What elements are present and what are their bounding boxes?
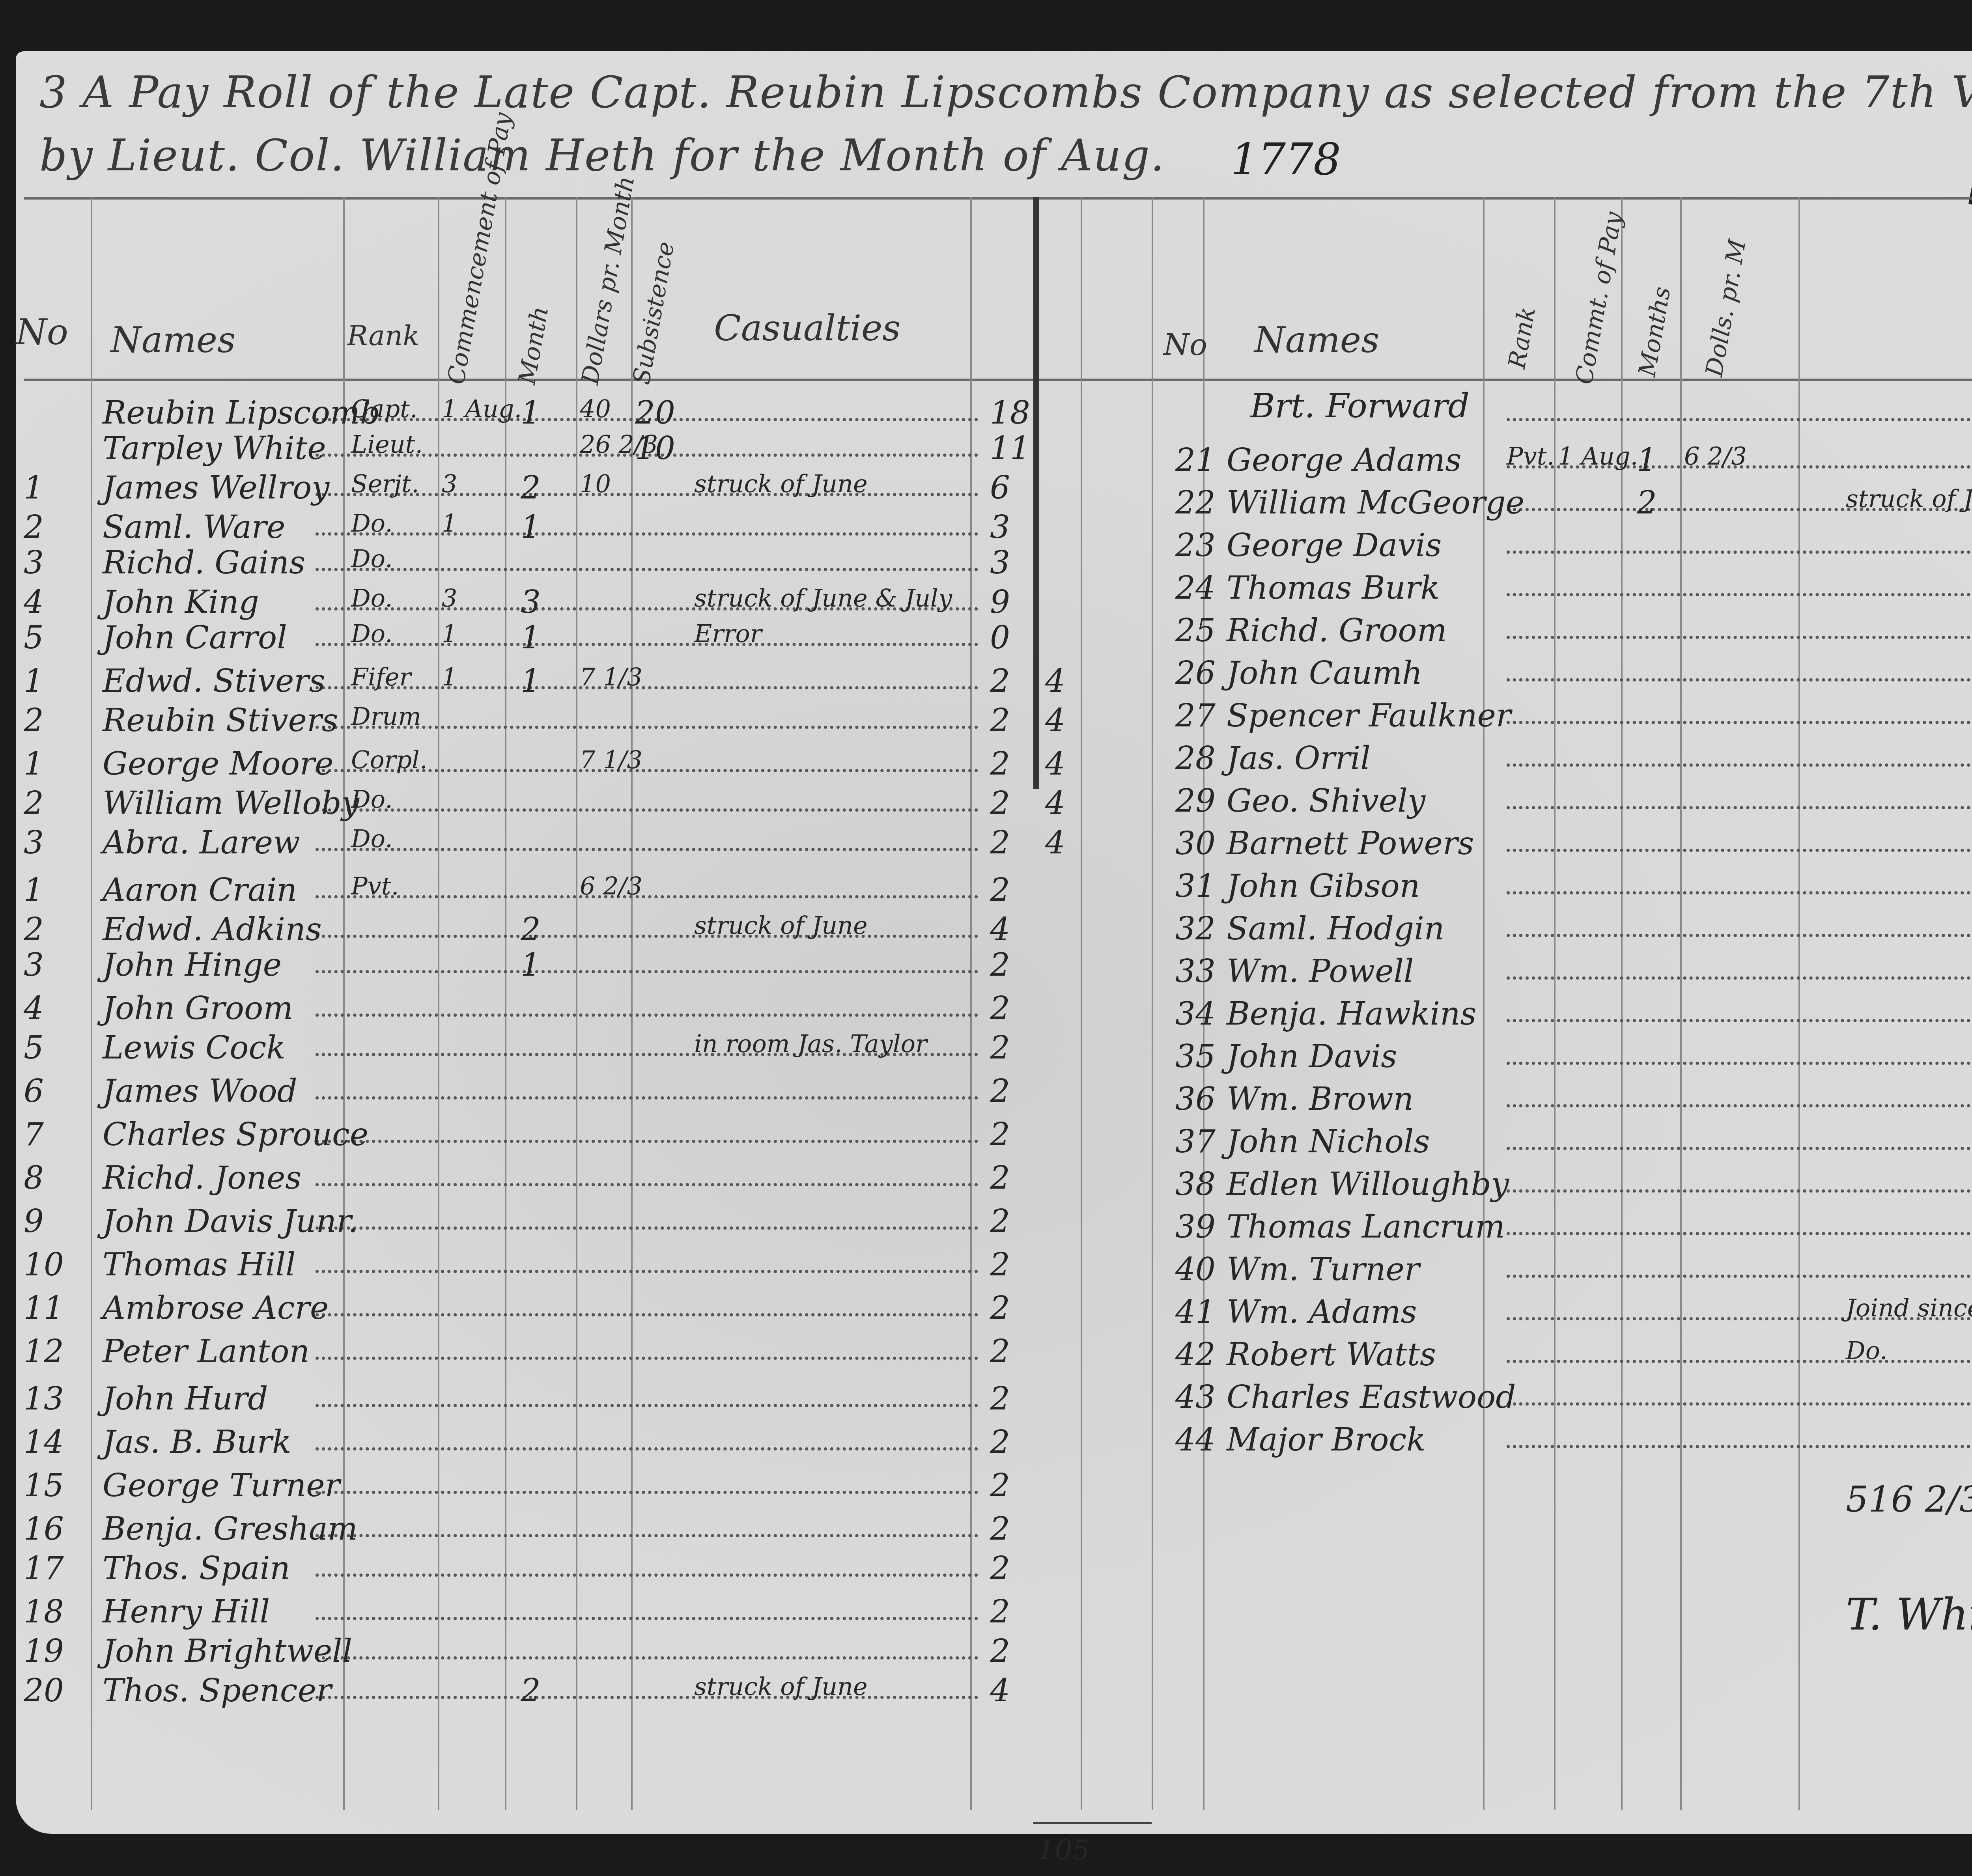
row-number: 25	[1175, 612, 1216, 649]
table-row: 12Peter Lanton2	[16, 1333, 1152, 1372]
table-row: 2Edwd. Adkins2struck of June4	[16, 911, 1152, 950]
leader-dots	[1507, 1019, 1972, 1022]
table-row: Tarpley WhiteLieut.26 2/31011	[16, 430, 1152, 469]
leader-dots	[1507, 891, 1972, 894]
row-amount: 2	[990, 702, 1010, 739]
row-name: Saml. Ware	[103, 509, 285, 545]
row-number: 17	[24, 1550, 64, 1587]
row-number: 33	[1175, 953, 1216, 989]
row-amount: 2	[990, 1633, 1010, 1669]
leader-dots	[316, 643, 978, 646]
sheet-marker: 3	[39, 67, 68, 118]
row-extra: 4	[1045, 745, 1065, 782]
leader-dots	[316, 1096, 978, 1099]
table-row: 35John Davis2	[1152, 1038, 1972, 1077]
table-row: 1James WellroySerjt.3210struck of June6	[16, 469, 1152, 509]
leader-dots	[1507, 849, 1972, 852]
leader-dots	[316, 1574, 978, 1577]
leader-dots	[1507, 1275, 1972, 1278]
row-name: John Nichols	[1227, 1123, 1430, 1160]
row-amount: 2	[990, 824, 1010, 861]
row-rank: Serjt.	[351, 469, 419, 498]
leader-dots	[1507, 1445, 1972, 1448]
grand-total-dollars: 516 2/3 Dollars	[1846, 1479, 1972, 1518]
row-name: George Turner	[103, 1467, 340, 1504]
row-months: 3	[521, 584, 541, 620]
table-row: 17Thos. Spain2	[16, 1550, 1152, 1589]
leader-dots	[316, 1617, 978, 1620]
table-row: 29Geo. Shively2	[1152, 782, 1972, 822]
leader-dots	[1507, 1232, 1972, 1235]
row-number: 2	[24, 702, 44, 739]
row-name: Thomas Burk	[1227, 569, 1440, 606]
table-row: 4John Groom2	[16, 990, 1152, 1029]
row-name: Reubin Lipscomb	[103, 394, 380, 431]
row-name: Spencer Faulkner	[1227, 697, 1511, 734]
row-remarks: struck of June	[1846, 484, 1972, 513]
row-number: 1	[24, 663, 44, 699]
leader-dots	[1507, 593, 1972, 596]
row-name: Henry Hill	[103, 1593, 270, 1630]
brought-forward-label: Brt. Forward	[1250, 386, 1470, 426]
row-number: 34	[1175, 995, 1216, 1032]
table-row: 3John Hinge12	[16, 946, 1152, 986]
leader-dots	[316, 1491, 978, 1494]
row-rank: Do.	[351, 509, 393, 538]
top-rule	[24, 197, 1972, 200]
row-number: 8	[24, 1159, 44, 1196]
row-name: Barnett Powers	[1227, 825, 1474, 862]
leader-dots	[1507, 763, 1972, 767]
leader-dots	[1507, 636, 1972, 639]
row-name: Benja. Hawkins	[1227, 995, 1477, 1032]
row-name: John Brightwell	[103, 1633, 352, 1669]
row-name: John Gibson	[1227, 868, 1420, 904]
leader-dots	[316, 970, 978, 973]
leader-dots	[1507, 551, 1972, 554]
table-row: 33Wm. Powell2	[1152, 953, 1972, 992]
row-number: 5	[24, 1029, 44, 1066]
row-number: 13	[24, 1380, 64, 1417]
row-months: 2	[1637, 484, 1657, 521]
table-row: 41Wm. AdamsJoind since must.2	[1152, 1294, 1972, 1333]
row-name: Edwd. Stivers	[103, 663, 325, 699]
table-row: 1George MooreCorpl.7 1/324	[16, 745, 1152, 785]
table-row: 5Lewis Cockin room Jas. Taylor2	[16, 1029, 1152, 1069]
row-name: Lewis Cock	[103, 1029, 286, 1066]
table-row: 36Wm. Brown2	[1152, 1081, 1972, 1120]
row-number: 37	[1175, 1123, 1216, 1160]
table-row: 43Charles Eastwood2	[1152, 1379, 1972, 1418]
row-months: 1	[521, 663, 541, 699]
row-name: Ambrose Acre	[103, 1290, 329, 1326]
table-row: 16Benja. Gresham2	[16, 1510, 1152, 1550]
row-months: 1	[1637, 442, 1657, 478]
row-name: Thomas Lancrum	[1227, 1208, 1505, 1245]
leader-dots	[316, 895, 978, 898]
table-row: 10Thomas Hill2	[16, 1246, 1152, 1286]
document-title-line-1: 3 A Pay Roll of the Late Capt. Reubin Li…	[39, 67, 1972, 118]
row-amount: 2	[990, 1246, 1010, 1283]
header-months: Month	[513, 304, 554, 386]
row-extra: 4	[1045, 663, 1065, 699]
row-months: 1	[521, 619, 541, 656]
row-casualties: Error	[694, 619, 762, 648]
table-row: 7Charles Sprouce2	[16, 1116, 1152, 1155]
row-rank: Drum	[351, 702, 421, 731]
row-dollars: 7 1/3	[580, 663, 642, 691]
table-row: 42Robert WattsDo.2	[1152, 1336, 1972, 1376]
row-number: 19	[24, 1633, 64, 1669]
leader-dots	[1507, 934, 1972, 937]
pay-roll-page: 3 A Pay Roll of the Late Capt. Reubin Li…	[16, 51, 1972, 1834]
row-number: 18	[24, 1593, 64, 1630]
table-row: 44Major Brock2	[1152, 1421, 1972, 1461]
row-name: William McGeorge	[1227, 484, 1524, 521]
row-number: 29	[1175, 782, 1216, 819]
table-row: 3Richd. GainsDo.3	[16, 544, 1152, 584]
leader-dots	[316, 1313, 978, 1316]
row-amount: 9	[990, 584, 1010, 620]
row-name: George Moore	[103, 745, 333, 782]
row-casualties: in room Jas. Taylor	[694, 1029, 927, 1058]
row-amount: 18	[990, 394, 1030, 431]
table-row: 4John KingDo.33struck of June & July9	[16, 584, 1152, 623]
row-amount: 2	[990, 1510, 1010, 1547]
row-months: 2	[521, 469, 541, 506]
row-amount: 2	[990, 1467, 1010, 1504]
table-row: 20Thos. Spencer2struck of June4	[16, 1672, 1152, 1712]
row-months: 1	[521, 946, 541, 983]
leader-dots	[1507, 806, 1972, 809]
leader-dots	[316, 1696, 978, 1699]
document-title-line-2: by Lieut. Col. William Heth for the Mont…	[39, 130, 1165, 181]
row-remarks: Do.	[1846, 1336, 1888, 1365]
row-amount: 0	[990, 619, 1010, 656]
row-number: 38	[1175, 1166, 1216, 1202]
table-row: 1Aaron CrainPvt.6 2/32	[16, 872, 1152, 911]
row-number: 3	[24, 946, 44, 983]
row-name: Thos. Spencer	[103, 1672, 331, 1709]
row-number: 2	[24, 509, 44, 545]
leader-dots	[1507, 1147, 1972, 1150]
table-row: 13John Hurd2	[16, 1380, 1152, 1420]
table-row: 8Richd. Jones2	[16, 1159, 1152, 1199]
row-amount: 2	[990, 1029, 1010, 1066]
row-commenced: 1 Aug.	[1558, 442, 1638, 470]
row-extra: 4	[1045, 824, 1065, 861]
row-number: 1	[24, 872, 44, 908]
row-casualties: struck of June	[694, 469, 868, 498]
row-name: Thos. Spain	[103, 1550, 290, 1587]
leader-dots	[1507, 1104, 1972, 1107]
row-number: 44	[1175, 1421, 1216, 1458]
row-name: John Groom	[103, 990, 293, 1027]
header-dollars-per-month: Dollars pr. Month	[576, 174, 640, 386]
row-rank: Do.	[351, 824, 393, 853]
row-commenced: 1	[442, 509, 457, 538]
row-amount: 2	[990, 1159, 1010, 1196]
row-casualties: struck of June	[694, 1672, 868, 1701]
row-name: Wm. Turner	[1227, 1251, 1419, 1288]
row-number: 15	[24, 1467, 64, 1504]
row-rank: Do.	[351, 619, 393, 648]
row-name: Wm. Powell	[1227, 953, 1414, 989]
row-number: 43	[1175, 1379, 1216, 1415]
row-commenced: 3	[442, 584, 457, 612]
row-rank: Capt.	[351, 394, 418, 423]
row-name: Wm. Brown	[1227, 1081, 1414, 1117]
row-name: Charles Sprouce	[103, 1116, 368, 1153]
leader-dots	[316, 1447, 978, 1450]
table-row: 2Saml. WareDo.113	[16, 509, 1152, 548]
table-row: 37John Nichols2	[1152, 1123, 1972, 1163]
row-amount: 3	[990, 509, 1010, 545]
table-row: 5John CarrolDo.11Error0	[16, 619, 1152, 659]
row-name: George Adams	[1227, 442, 1461, 478]
table-row: 27Spencer Faulkner2	[1152, 697, 1972, 737]
leader-dots	[316, 1183, 978, 1186]
table-row: 15George Turner2	[16, 1467, 1152, 1506]
header-rule	[24, 379, 1972, 381]
row-number: 10	[24, 1246, 64, 1283]
header-dollars-right: Dolls. pr. M	[1700, 237, 1752, 379]
row-number: 7	[24, 1116, 44, 1153]
table-row: 18Henry Hill2	[16, 1593, 1152, 1633]
row-number: 39	[1175, 1208, 1216, 1245]
leader-dots	[1507, 1189, 1972, 1193]
row-dollars: 40	[580, 394, 611, 423]
row-amount: 4	[990, 1672, 1010, 1709]
row-dollars: 6 2/3	[1684, 442, 1747, 470]
leader-dots	[1507, 976, 1972, 980]
table-row: 14Jas. B. Burk2	[16, 1424, 1152, 1463]
row-name: Abra. Larew	[103, 824, 300, 861]
row-name: John Caumh	[1227, 655, 1423, 691]
row-number: 24	[1175, 569, 1216, 606]
leader-dots	[1507, 418, 1972, 421]
folio-number: 310	[1968, 110, 1972, 231]
row-extra: 4	[1045, 785, 1065, 821]
row-amount: 2	[990, 1203, 1010, 1239]
table-row: 21George AdamsPvt.1 Aug.16 2/32	[1152, 442, 1972, 481]
row-amount: 3	[990, 544, 1010, 581]
table-row: 28Jas. Orril2	[1152, 740, 1972, 779]
row-name: Charles Eastwood	[1227, 1379, 1516, 1415]
leader-dots	[316, 1140, 978, 1143]
row-number: 32	[1175, 910, 1216, 947]
row-number: 23	[1175, 527, 1216, 564]
row-name: Robert Watts	[1227, 1336, 1436, 1373]
row-number: 20	[24, 1672, 64, 1709]
table-row: 9John Davis Junr.2	[16, 1203, 1152, 1242]
table-row: 24Thomas Burk2	[1152, 569, 1972, 609]
row-number: 1	[24, 745, 44, 782]
row-number: 22	[1175, 484, 1216, 521]
table-row: 38Edlen Willoughby2	[1152, 1166, 1972, 1205]
table-row: 32Saml. Hodgin2	[1152, 910, 1972, 950]
row-number: 42	[1175, 1336, 1216, 1373]
row-name: Benja. Gresham	[103, 1510, 358, 1547]
row-name: John Davis	[1227, 1038, 1397, 1075]
row-number: 4	[24, 584, 44, 620]
row-number: 16	[24, 1510, 64, 1547]
row-rank: Pvt.	[1507, 442, 1554, 470]
row-name: Jas. Orril	[1227, 740, 1371, 777]
row-name: John King	[103, 584, 259, 620]
table-row: 26John Caumh2	[1152, 655, 1972, 694]
row-rank: Corpl.	[351, 745, 428, 774]
leader-dots	[316, 1656, 978, 1659]
row-commenced: 1	[442, 619, 457, 648]
row-name: John Hinge	[103, 946, 282, 983]
row-remarks: Joind since must.	[1846, 1294, 1972, 1322]
leader-dots	[316, 532, 978, 536]
table-row: 6James Wood2	[16, 1073, 1152, 1112]
row-number: 14	[24, 1424, 64, 1460]
leader-dots	[316, 1270, 978, 1273]
row-months: 2	[521, 1672, 541, 1709]
row-months: 2	[521, 911, 541, 948]
leader-dots	[1507, 1402, 1972, 1406]
row-name: Richd. Groom	[1227, 612, 1447, 649]
row-casualties: struck of June & July	[694, 584, 952, 612]
row-name: George Davis	[1227, 527, 1442, 564]
row-rank: Fifer	[351, 663, 411, 691]
leader-dots	[1507, 678, 1972, 681]
table-row: 3Abra. LarewDo.24	[16, 824, 1152, 864]
row-name: James Wood	[103, 1073, 297, 1109]
row-name: Geo. Shively	[1227, 782, 1425, 819]
row-amount: 2	[990, 663, 1010, 699]
table-row: 40Wm. Turner2	[1152, 1251, 1972, 1290]
row-number: 6	[24, 1073, 44, 1109]
row-amount: 2	[990, 1593, 1010, 1630]
row-amount: 2	[990, 872, 1010, 908]
row-dollars: 7 1/3	[580, 745, 642, 774]
row-dollars: 6 2/3	[580, 872, 642, 900]
row-number: 26	[1175, 655, 1216, 691]
row-amount: 2	[990, 785, 1010, 821]
row-name: James Wellroy	[103, 469, 329, 506]
leader-dots	[316, 1226, 978, 1230]
row-number: 35	[1175, 1038, 1216, 1075]
row-number: 36	[1175, 1081, 1216, 1117]
row-casualties: struck of June	[694, 911, 868, 940]
row-number: 9	[24, 1203, 44, 1239]
row-number: 30	[1175, 825, 1216, 862]
leader-dots	[1507, 1062, 1972, 1065]
leader-dots	[1507, 1360, 1972, 1363]
header-commencement-right: Commt. of Pay	[1570, 210, 1628, 386]
table-row: 1Edwd. StiversFifer117 1/324	[16, 663, 1152, 702]
row-name: Aaron Crain	[103, 872, 297, 908]
row-number: 40	[1175, 1251, 1216, 1288]
left-total-rule	[1033, 1822, 1152, 1824]
header-casualties: Casualties	[714, 308, 901, 349]
table-row: 11Ambrose Acre2	[16, 1290, 1152, 1329]
row-number: 1	[24, 469, 44, 506]
left-column-total: 105	[1037, 1834, 1090, 1873]
signature: T. White Lieut.	[1846, 1589, 1972, 1629]
row-subsistence: 20	[635, 394, 675, 431]
document-year: 1778	[1231, 134, 1341, 185]
leader-dots	[316, 848, 978, 851]
leader-dots	[316, 1534, 978, 1537]
table-row: 22William McGeorge2struck of June4	[1152, 484, 1972, 524]
leader-dots	[316, 935, 978, 938]
row-number: 3	[24, 544, 44, 581]
table-row: 23George Davis2	[1152, 527, 1972, 566]
row-name: Richd. Jones	[103, 1159, 301, 1196]
header-rank: Rank	[347, 319, 420, 352]
row-number: 2	[24, 911, 44, 948]
row-amount: 2	[990, 1424, 1010, 1460]
header-subsistence: Subsistence	[627, 239, 680, 386]
row-number: 41	[1175, 1294, 1216, 1330]
row-months: 1	[521, 509, 541, 545]
row-name: Saml. Hodgin	[1227, 910, 1444, 947]
header-no: No	[16, 312, 68, 353]
leader-dots	[316, 808, 978, 812]
row-name: Jas. B. Burk	[103, 1424, 291, 1460]
row-amount: 2	[990, 1380, 1010, 1417]
leader-dots	[316, 1014, 978, 1017]
row-name: Thomas Hill	[103, 1246, 296, 1283]
row-name: Edwd. Adkins	[103, 911, 322, 948]
row-name: Tarpley White	[103, 430, 326, 467]
header-names-right: Names	[1254, 319, 1379, 361]
row-name: Edlen Willoughby	[1227, 1166, 1509, 1202]
row-name: Richd. Gains	[103, 544, 305, 581]
row-number: 21	[1175, 442, 1216, 478]
row-rank: Pvt.	[351, 872, 399, 900]
table-row: Reubin LipscombCapt.1 Aug.1402018	[16, 394, 1152, 434]
leader-dots	[1507, 721, 1972, 724]
row-amount: 2	[990, 990, 1010, 1027]
row-number: 31	[1175, 868, 1216, 904]
table-row: 30Barnett Powers2	[1152, 825, 1972, 864]
table-row: 34Benja. Hawkins2	[1152, 995, 1972, 1035]
row-amount: 2	[990, 1290, 1010, 1326]
row-rank: Do.	[351, 785, 393, 814]
header-months-right: Months	[1633, 285, 1676, 379]
row-amount: 2	[990, 1550, 1010, 1587]
row-amount: 11	[990, 430, 1030, 467]
row-number: 3	[24, 824, 44, 861]
table-row: 25Richd. Groom2	[1152, 612, 1972, 651]
row-number: 27	[1175, 697, 1216, 734]
row-number: 12	[24, 1333, 64, 1370]
header-rank-right: Rank	[1503, 305, 1541, 371]
row-amount: 2	[990, 745, 1010, 782]
row-months: 1	[521, 394, 541, 431]
row-amount: 2	[990, 1116, 1010, 1153]
row-name: Wm. Adams	[1227, 1294, 1417, 1330]
header-no-right: No	[1163, 327, 1207, 362]
row-rank: Lieut.	[351, 430, 423, 459]
row-name: Reubin Stivers	[103, 702, 338, 739]
header-names: Names	[110, 319, 235, 361]
row-extra: 4	[1045, 702, 1065, 739]
row-name: Major Brock	[1227, 1421, 1426, 1458]
row-number: 2	[24, 785, 44, 821]
leader-dots	[316, 1357, 978, 1360]
leader-dots	[316, 568, 978, 571]
table-row: 2William WellobyDo.24	[16, 785, 1152, 824]
table-row: 19John Brightwell2	[16, 1633, 1152, 1672]
row-number: 11	[24, 1290, 64, 1326]
